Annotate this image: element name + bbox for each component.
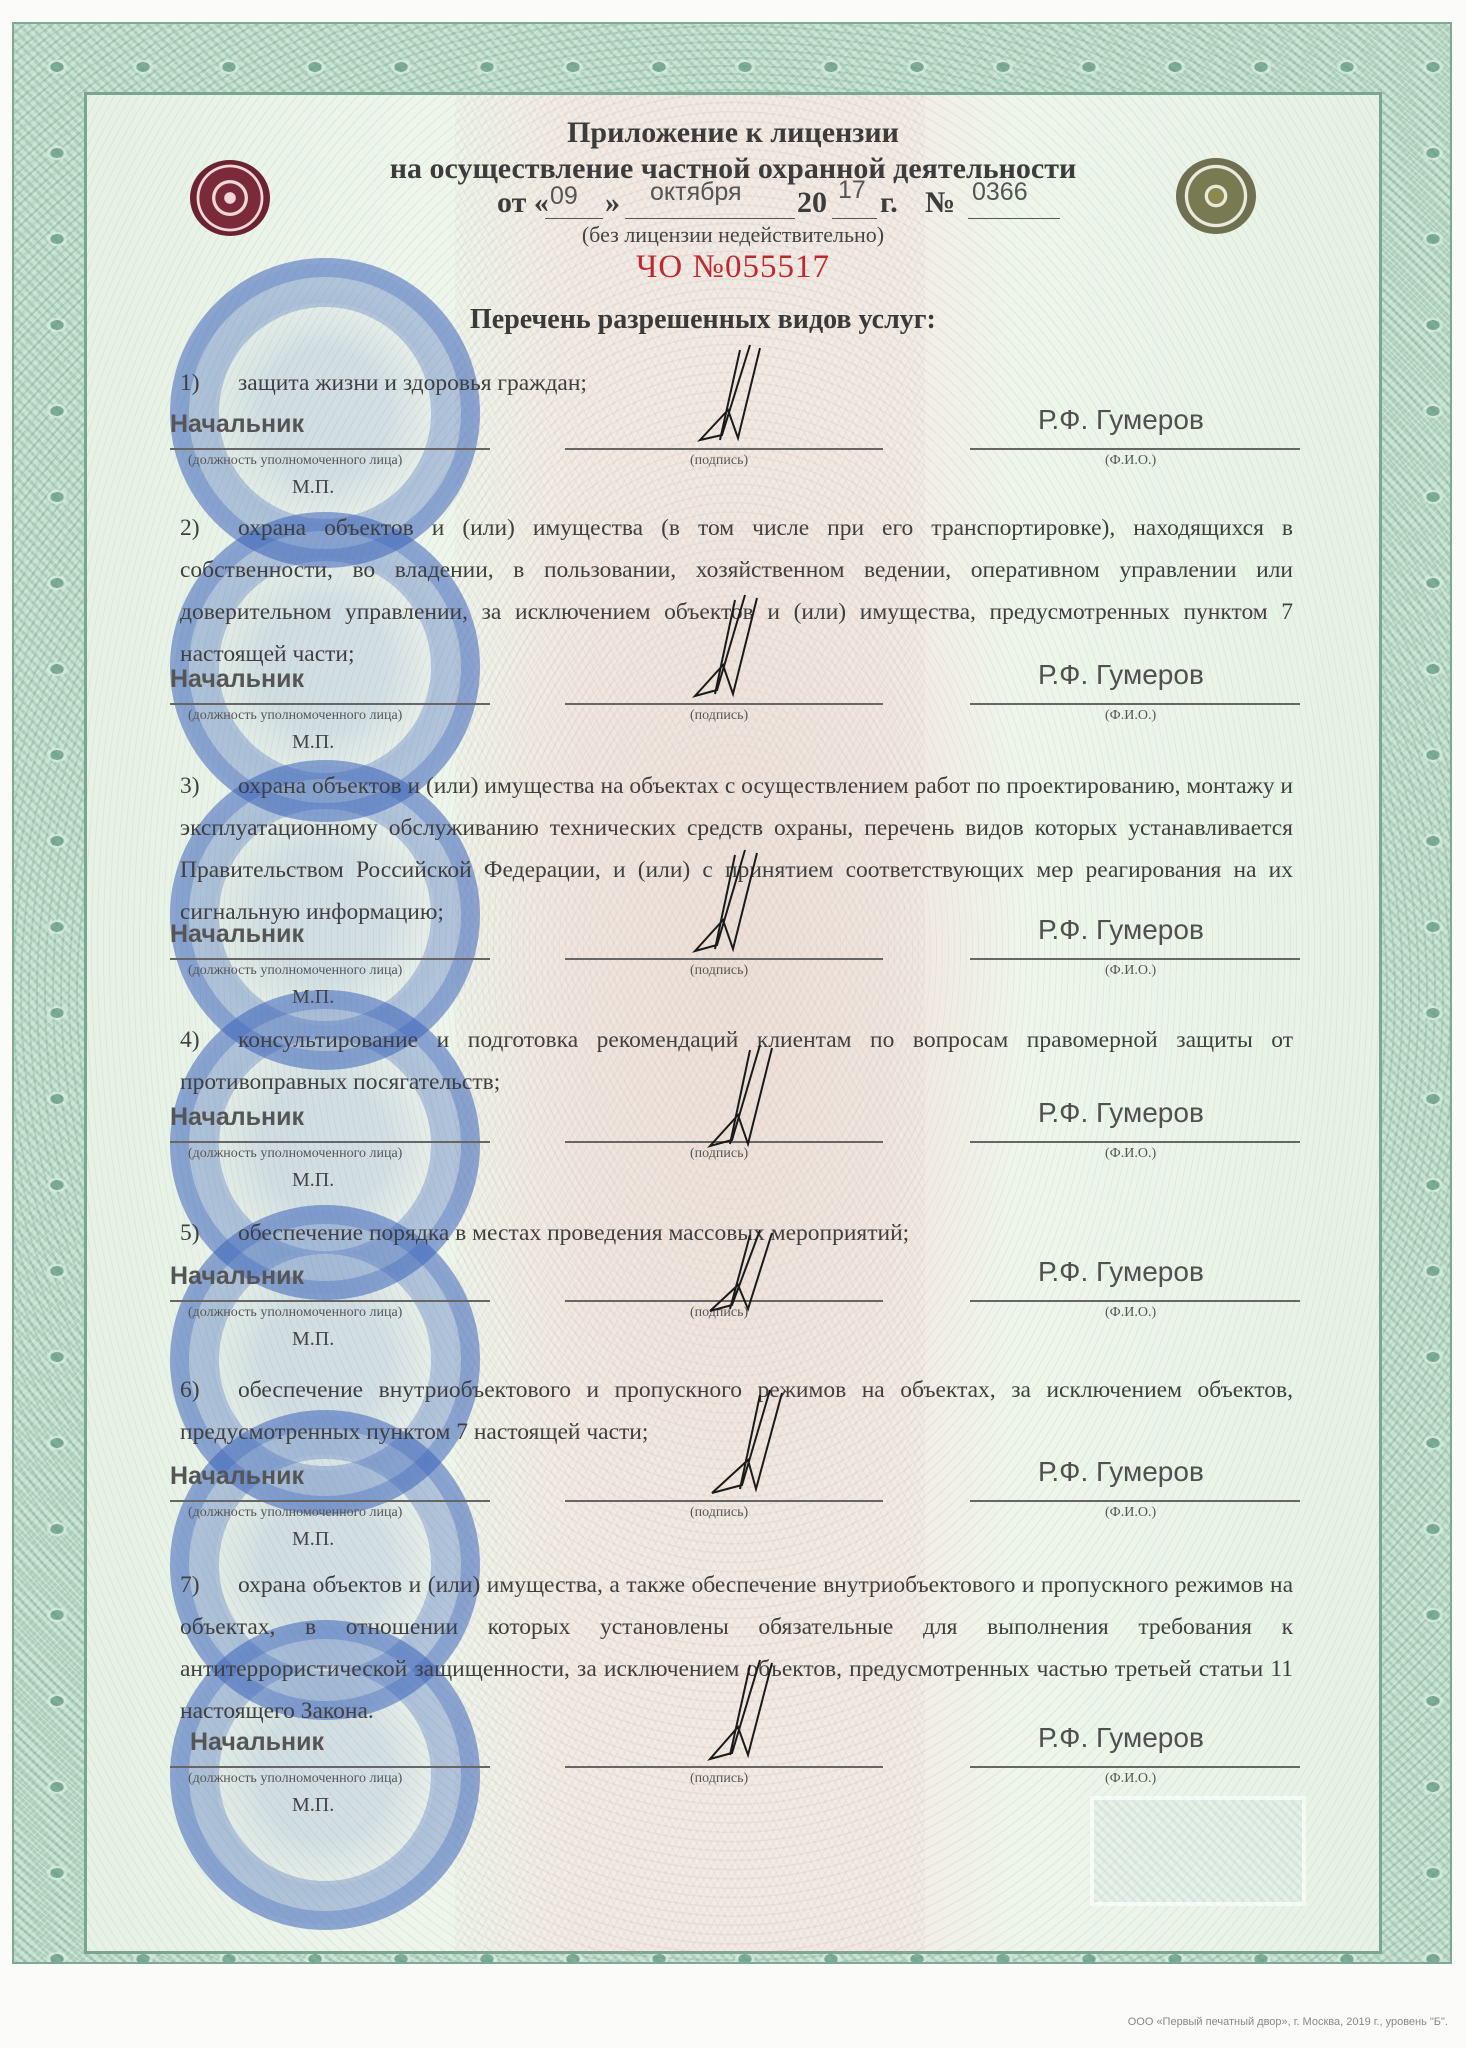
position-title: Начальник	[170, 410, 304, 439]
fio-caption: (Ф.И.О.)	[1105, 453, 1156, 469]
date-year-suffix: 17	[838, 176, 866, 205]
service-item-4: 4)консультирование и подготовка рекоменд…	[180, 1019, 1293, 1103]
position-caption: (должность уполномоченного лица)	[188, 453, 402, 469]
date-day: 09	[550, 182, 578, 211]
number-sign: №	[925, 186, 955, 220]
date-year-prefix: 20	[797, 186, 827, 220]
printer-footer: ООО «Первый печатный двор», г. Москва, 2…	[1128, 2016, 1448, 2028]
security-hologram	[1090, 1796, 1306, 1906]
signature-row-3: Начальник (должность уполномоченного лиц…	[170, 920, 1300, 990]
service-item-5: 5)обеспечение порядка в местах проведени…	[180, 1212, 1293, 1254]
date-year-unit: г.	[880, 186, 898, 220]
date-quote-close: »	[605, 186, 620, 220]
license-number: 0366	[972, 178, 1028, 207]
signature-row-5: Начальник (должность уполномоченного лиц…	[170, 1262, 1300, 1332]
list-heading: Перечень разрешенных видов услуг:	[470, 304, 936, 336]
service-item-7: 7)охрана объектов и (или) имущества, а т…	[180, 1564, 1293, 1732]
title-line-1: Приложение к лицензии	[0, 116, 1466, 150]
service-item-6: 6)обеспечение внутриобъектового и пропус…	[180, 1369, 1293, 1453]
fio-name: Р.Ф. Гумеров	[1038, 404, 1204, 436]
signature-row-4: Начальник (должность уполномоченного лиц…	[170, 1103, 1300, 1173]
date-prefix: от «	[497, 186, 549, 220]
seal-label: М.П.	[292, 476, 334, 499]
signature-caption: (подпись)	[690, 453, 748, 469]
service-item-1: 1)защита жизни и здоровья граждан;	[180, 362, 1293, 404]
service-item-3: 3)охрана объектов и (или) имущества на о…	[180, 765, 1293, 933]
date-month: октября	[650, 178, 742, 207]
validity-note: (без лицензии недействительно)	[0, 222, 1466, 248]
service-item-2: 2)охрана объектов и (или) имущества (в т…	[180, 507, 1293, 675]
signature-row-1: Начальник (должность уполномоченного лиц…	[170, 410, 1300, 480]
serial-number: ЧО №055517	[0, 249, 1466, 286]
signature-row-6: Начальник (должность уполномоченного лиц…	[170, 1462, 1300, 1532]
signature-row-2: Начальник (должность уполномоченного лиц…	[170, 665, 1300, 735]
signature-row-7: Начальник (должность уполномоченного лиц…	[170, 1728, 1300, 1798]
